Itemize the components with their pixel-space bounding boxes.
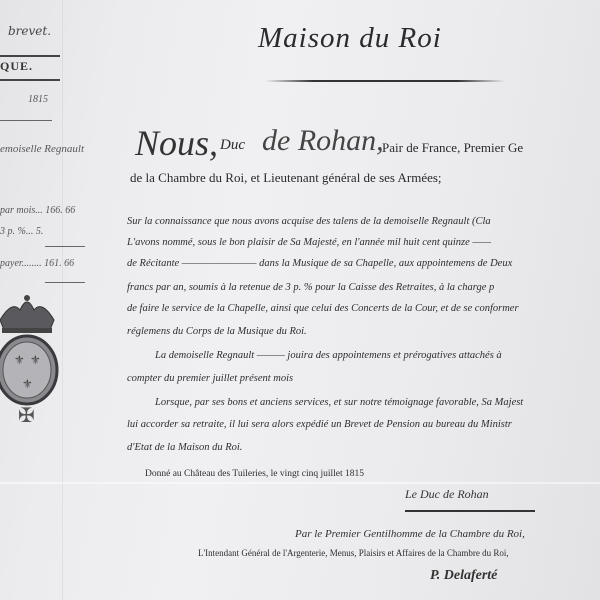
stub-rule [45, 246, 85, 247]
stub-rule [0, 120, 52, 121]
signature-intendant: P. Delaferté [430, 568, 497, 584]
svg-text:⚜: ⚜ [30, 353, 41, 367]
signature-duc-de-rohan: Le Duc de Rohan [405, 487, 489, 502]
signature-flourish [405, 510, 535, 512]
body-line: francs par an, soumis à la retenue de 3 … [127, 282, 494, 293]
fold-crease-horizontal [0, 482, 600, 484]
stub-box-label: QUE. [0, 59, 33, 74]
body-line: d'Etat de la Maison du Roi. [127, 442, 242, 453]
fold-crease-vertical [62, 0, 63, 600]
countersign-line1: Par le Premier Gentilhomme de la Chambre… [295, 528, 525, 540]
document-title: Maison du Roi [258, 22, 442, 55]
svg-text:✠: ✠ [18, 403, 35, 427]
stub-line-monthly: par mois... 166. 66 [0, 205, 75, 216]
stub-rule [45, 282, 85, 283]
dated-line: Donné au Château des Tuileries, le vingt… [145, 469, 364, 479]
heading-titles-line2: de la Chambre du Roi, et Lieutenant géné… [130, 170, 442, 186]
body-line: de Récitante ———————— dans la Musique de… [127, 258, 512, 269]
body-line: de faire le service de la Chapelle, ains… [127, 303, 519, 314]
body-line: L'avons nommé, sous le bon plaisir de Sa… [127, 237, 491, 248]
heading-de-rohan: de Rohan, [262, 124, 384, 158]
title-underline [265, 80, 505, 82]
stub-line-payer: payer........ 161. 66 [0, 258, 74, 269]
body-line: compter du premier juillet présent mois [127, 373, 293, 384]
svg-text:⚜: ⚜ [14, 353, 25, 367]
body-line: réglemens du Corps de la Musique du Roi. [127, 326, 307, 337]
body-line: Lorsque, par ses bons et anciens service… [155, 397, 523, 408]
stub-line-retenue: 3 p. %... 5. [0, 226, 43, 237]
svg-text:⚜: ⚜ [22, 377, 33, 391]
stub-header: brevet. [8, 24, 51, 38]
body-line: La demoiselle Regnault ——— jouira des ap… [155, 350, 502, 361]
stub-date: 1815 [28, 94, 48, 105]
royal-crest-icon: ⚜ ⚜ ⚜ ✠ [0, 292, 62, 432]
stub-recipient: emoiselle Regnault [0, 143, 84, 155]
heading-nous: Nous, [135, 122, 218, 164]
heading-duc: Duc [220, 137, 245, 154]
heading-titles-line1: Pair de France, Premier Ge [382, 140, 523, 156]
countersign-line2: L'Intendant Général de l'Argenterie, Men… [198, 548, 509, 558]
body-line: Sur la connaissance que nous avons acqui… [127, 216, 491, 227]
body-line: lui accorder sa retraite, il lui sera al… [127, 419, 512, 430]
